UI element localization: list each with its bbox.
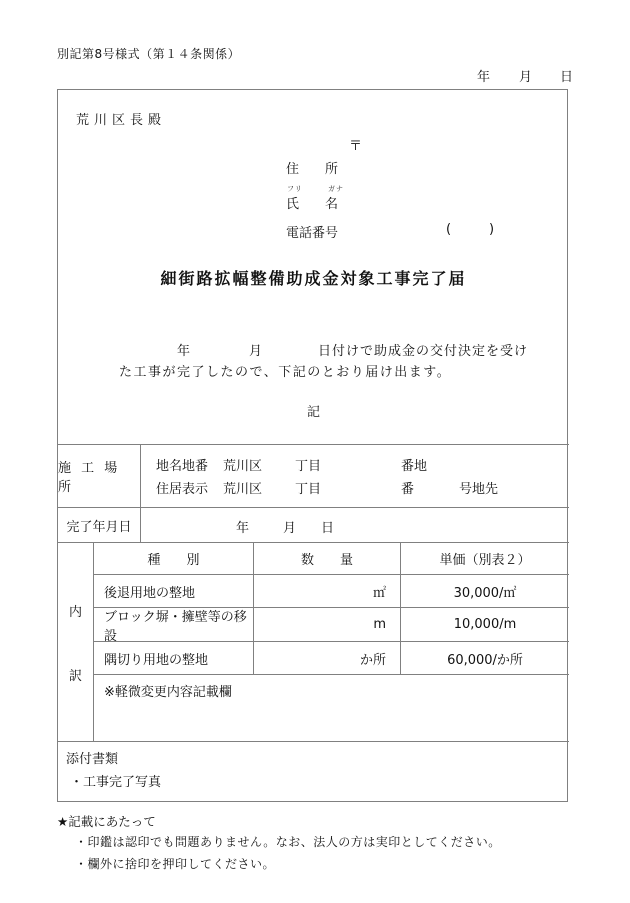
postal-mark: 〒 xyxy=(349,135,362,154)
footnote-item-2: ・欄外に捨印を押印してください。 xyxy=(75,855,275,872)
addr-chome-label: 丁目 xyxy=(295,478,321,497)
site-content: 地名地番 荒川区 丁目 番地 住居表示 荒川区 丁目 番 号地先 xyxy=(141,445,569,507)
addressee: 荒川区長殿 xyxy=(76,109,166,128)
table-row: ブロック塀・擁壁等の移設 m 10,000/m xyxy=(94,608,569,642)
breakdown-table: 種 別 数 量 単価（別表２） 後退用地の整地 ㎡ 30,000/㎡ ブロック塀… xyxy=(94,543,569,741)
row3-type: 隅切り用地の整地 xyxy=(94,642,254,674)
body-month-label: 月 xyxy=(249,340,263,359)
top-date-line: 年 月 日 xyxy=(0,66,630,82)
attachments-title: 添付書類 xyxy=(66,748,118,767)
address-label: 住 所 xyxy=(286,158,338,177)
breakdown-label: 内 訳 xyxy=(58,543,94,741)
form-outer-box: 荒川区長殿 〒 住 所 フリ ガナ 氏 名 電話番号 ( ) 細街路拡幅整備助成… xyxy=(57,89,568,802)
completion-day-label: 日 xyxy=(321,517,334,536)
completion-year-label: 年 xyxy=(236,517,249,536)
ki-mark: 記 xyxy=(58,401,569,420)
top-date-month-label: 月 xyxy=(519,66,532,85)
table-row: 隅切り用地の整地 か所 60,000/か所 xyxy=(94,642,569,675)
footnote-item-1: ・印鑑は認印でも問題ありません。なお、法人の方は実印としてください。 xyxy=(75,833,501,850)
breakdown-label-char1: 内 xyxy=(69,601,82,620)
row3-unit: か所 xyxy=(254,642,401,674)
site-label: 施 工 場 所 xyxy=(58,445,141,507)
site-row: 施 工 場 所 地名地番 荒川区 丁目 番地 住居表示 荒川区 丁目 番 号地先 xyxy=(58,444,569,507)
lot-number-label: 地名地番 xyxy=(156,455,208,474)
completion-month-label: 月 xyxy=(283,517,296,536)
lot-chome-label: 丁目 xyxy=(295,455,321,474)
site-line-lot: 地名地番 荒川区 丁目 番地 xyxy=(141,455,569,472)
lot-banchi-label: 番地 xyxy=(401,455,427,474)
top-date-year-label: 年 xyxy=(477,66,490,85)
phone-paren-open: ( xyxy=(446,222,451,237)
name-label: 氏 名 xyxy=(286,193,338,212)
completion-date-content: 年 月 日 xyxy=(141,508,569,542)
row2-type: ブロック塀・擁壁等の移設 xyxy=(94,608,254,641)
row3-price: 60,000/か所 xyxy=(401,642,569,674)
attachments-section: 添付書類 ・工事完了写真 xyxy=(58,741,569,803)
header-quantity: 数 量 xyxy=(254,543,401,574)
body-year-label: 年 xyxy=(177,340,191,359)
row1-type: 後退用地の整地 xyxy=(94,575,254,607)
breakdown-label-char2: 訳 xyxy=(69,665,82,684)
table-row: 後退用地の整地 ㎡ 30,000/㎡ xyxy=(94,575,569,608)
header-type: 種 別 xyxy=(94,543,254,574)
row2-price: 10,000/m xyxy=(401,608,569,641)
phone-paren-close: ) xyxy=(489,222,494,237)
breakdown-section: 内 訳 種 別 数 量 単価（別表２） 後退用地の整地 ㎡ 30,000/㎡ ブ… xyxy=(58,542,569,741)
completion-date-row: 完了年月日 年 月 日 xyxy=(58,507,569,542)
footnote-title: ★記載にあたって xyxy=(57,812,156,830)
addr-ban-label: 番 xyxy=(401,478,414,497)
addr-ward-label: 荒川区 xyxy=(223,478,262,497)
form-code: 別記第8号様式（第１４条関係） xyxy=(57,45,240,62)
attachment-item: ・工事完了写真 xyxy=(70,771,161,790)
minor-change-note-cell: ※軽微変更内容記載欄 xyxy=(94,675,569,742)
site-line-address: 住居表示 荒川区 丁目 番 号地先 xyxy=(141,478,569,495)
addr-go-label: 号地先 xyxy=(459,478,498,497)
body-line-1: 年 月 日付けで助成金の交付決定を受け xyxy=(58,340,569,357)
top-date-day-label: 日 xyxy=(560,66,573,85)
document-title: 細街路拡幅整備助成金対象工事完了届 xyxy=(58,266,569,289)
phone-label: 電話番号 xyxy=(286,222,338,241)
addr-display-label: 住居表示 xyxy=(156,478,208,497)
lot-ward-label: 荒川区 xyxy=(223,455,262,474)
header-unit-price: 単価（別表２） xyxy=(401,543,569,574)
row2-unit: m xyxy=(254,608,401,641)
body-line-2: た工事が完了したので、下記のとおり届け出ます。 xyxy=(119,361,451,380)
breakdown-header-row: 種 別 数 量 単価（別表２） xyxy=(94,543,569,575)
body-line1-text: 日付けで助成金の交付決定を受け xyxy=(318,340,528,359)
phone-row: 電話番号 ( ) xyxy=(58,222,569,239)
completion-date-label: 完了年月日 xyxy=(58,508,141,542)
row1-unit: ㎡ xyxy=(254,575,401,607)
row1-price: 30,000/㎡ xyxy=(401,575,569,607)
form-page: 別記第8号様式（第１４条関係） 年 月 日 荒川区長殿 〒 住 所 フリ ガナ … xyxy=(0,0,630,903)
